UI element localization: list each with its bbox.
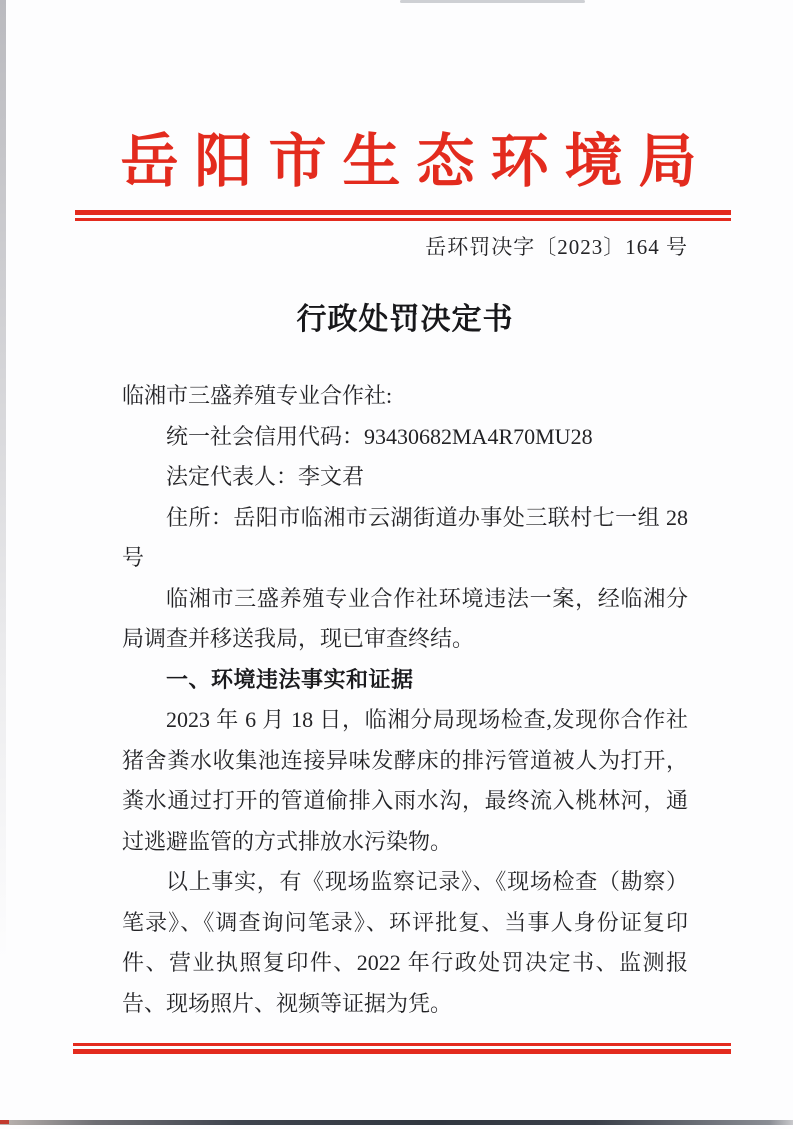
scanned-penalty-decision-page: 岳阳市生态环境局 岳环罚决字〔2023〕164 号 行政处罚决定书 临湘市三盛养… — [0, 0, 793, 1129]
section-1-evidence-paragraph: 以上事实，有《现场监察记录》、《现场检查（勘察）笔录》、《调查询问笔录》、环评批… — [122, 862, 688, 1024]
section-1-facts-paragraph: 2023 年 6 月 18 日，临湘分局现场检查,发现你合作社猪舍粪水收集池连接… — [122, 700, 688, 862]
agency-letterhead: 岳阳市生态环境局 — [0, 130, 793, 194]
scan-edge-top — [400, 0, 585, 3]
address-line: 住所：岳阳市临湘市云湖街道办事处三联村七一组 28号 — [122, 498, 688, 579]
recipient-line: 临湘市三盛养殖专业合作社: — [122, 376, 688, 417]
footer-double-rule — [73, 1043, 731, 1054]
section-1-heading: 一、环境违法事实和证据 — [122, 660, 688, 701]
document-body: 临湘市三盛养殖专业合作社: 统一社会信用代码：93430682MA4R70MU2… — [122, 376, 688, 1024]
rule-thin-bar — [73, 1043, 731, 1046]
document-number: 岳环罚决字〔2023〕164 号 — [122, 234, 688, 261]
rule-thick-bar — [73, 1049, 731, 1054]
credit-code-line: 统一社会信用代码：93430682MA4R70MU28 — [122, 417, 688, 458]
rule-thin-bar — [75, 218, 731, 221]
case-intro-paragraph: 临湘市三盛养殖专业合作社环境违法一案，经临湘分局调查并移送我局，现已审查终结。 — [122, 579, 688, 660]
legal-representative-line: 法定代表人：李文君 — [122, 457, 688, 498]
letterhead-double-rule — [75, 210, 731, 221]
scan-edge-bottom — [0, 1120, 793, 1125]
document-title: 行政处罚决定书 — [122, 301, 688, 339]
rule-thick-bar — [75, 210, 731, 215]
